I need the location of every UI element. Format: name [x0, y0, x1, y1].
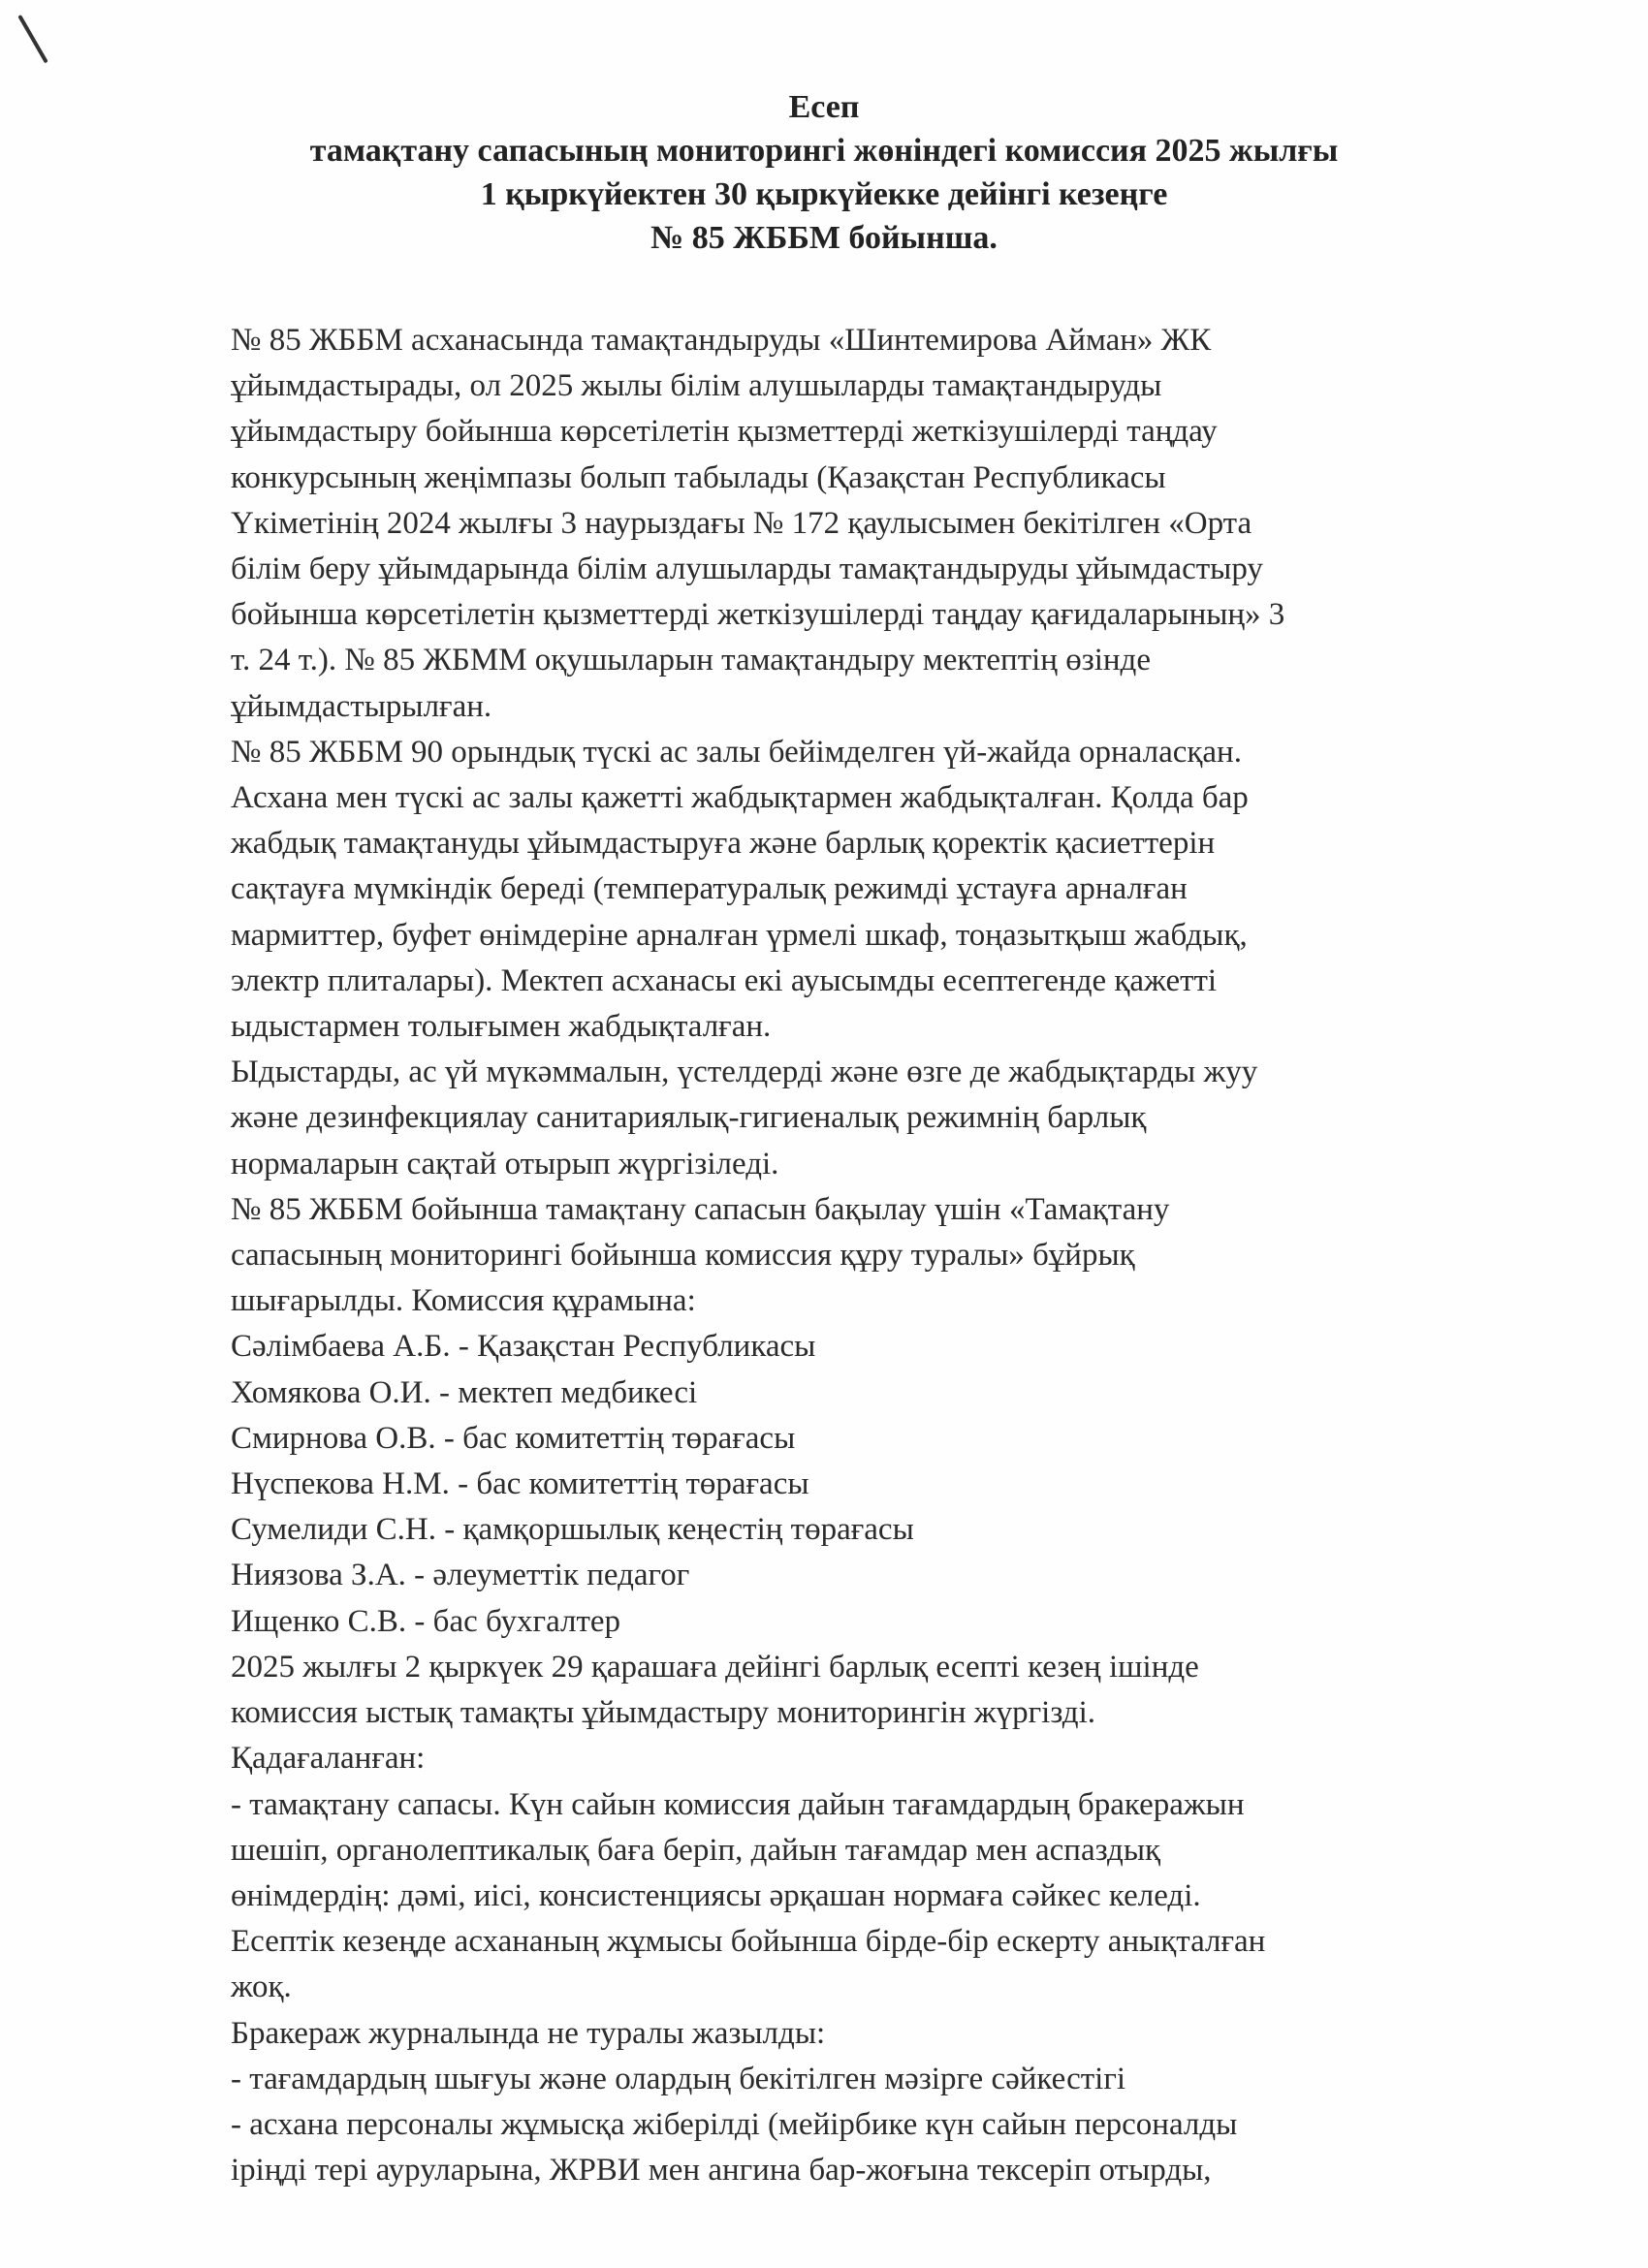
body-line: конкурсының жеңімпазы болып табылады (Қа…	[231, 456, 1510, 501]
pen-mark	[17, 15, 48, 63]
body-line: № 85 ЖББМ бойынша тамақтану сапасын бақы…	[231, 1187, 1510, 1233]
body-line: - асхана персоналы жұмысқа жіберілді (ме…	[231, 2102, 1510, 2148]
body-line: және дезинфекциялау санитариялық-гигиена…	[231, 1095, 1510, 1141]
body-line: - тағамдардың шығуы және олардың бекітіл…	[231, 2057, 1510, 2102]
body-line: Қадағаланған:	[231, 1736, 1510, 1781]
body-line: Ыдыстарды, ас үй мүкәммалын, үстелдерді …	[231, 1050, 1510, 1095]
body-line: - тамақтану сапасы. Күн сайын комиссия д…	[231, 1782, 1510, 1828]
body-line: Асхана мен түскі ас залы қажетті жабдықт…	[231, 775, 1510, 821]
body-line: жабдық тамақтануды ұйымдастыруға және ба…	[231, 821, 1510, 866]
body-line: өнімдердің: дәмі, иісі, консистенциясы ә…	[231, 1874, 1510, 1919]
commission-member: Сумелиди С.Н. - қамқоршылық кеңестің төр…	[231, 1507, 1510, 1553]
document-title: Есеп тамақтану сапасының мониторингі жөн…	[194, 85, 1454, 260]
body-line: ұйымдастырылған.	[231, 684, 1510, 730]
body-line: 2025 жылғы 2 қыркүек 29 қарашаға дейінгі…	[231, 1645, 1510, 1690]
body-line: жоқ.	[231, 1965, 1510, 2010]
commission-member: Ищенко С.В. - бас бухгалтер	[231, 1599, 1510, 1645]
body-line: т. 24 т.). № 85 ЖБММ оқушыларын тамақтан…	[231, 638, 1510, 683]
scanned-page: Есеп тамақтану сапасының мониторингі жөн…	[0, 0, 1648, 2268]
body-line: сақтауға мүмкіндік береді (температуралы…	[231, 866, 1510, 912]
document-body: № 85 ЖББМ асханасында тамақтандыруды «Ши…	[231, 318, 1510, 2193]
body-line: ұйымдастырады, ол 2025 жылы білім алушыл…	[231, 363, 1510, 409]
body-line: шешіп, органолептикалық баға беріп, дайы…	[231, 1828, 1510, 1874]
body-line: сапасының мониторингі бойынша комиссия қ…	[231, 1233, 1510, 1278]
body-line: электр плиталары). Мектеп асханасы екі а…	[231, 959, 1510, 1004]
body-line: ұйымдастыру бойынша көрсетілетін қызметт…	[231, 409, 1510, 455]
body-line: іріңді тері ауруларына, ЖРВИ мен ангина …	[231, 2148, 1510, 2193]
commission-member: Нүспекова Н.М. - бас комитеттің төрағасы	[231, 1462, 1510, 1507]
commission-member: Сәлімбаева А.Б. - Қазақстан Республикасы	[231, 1324, 1510, 1370]
commission-member: Смирнова О.В. - бас комитеттің төрағасы	[231, 1416, 1510, 1462]
body-line: Бракераж журналында не туралы жазылды:	[231, 2011, 1510, 2057]
title-line: 1 қыркүйектен 30 қыркүйекке дейінгі кезе…	[194, 173, 1454, 216]
title-line: Есеп	[194, 85, 1454, 129]
body-line: № 85 ЖББМ 90 орындық түскі ас залы бейім…	[231, 730, 1510, 775]
body-line: комиссия ыстық тамақты ұйымдастыру монит…	[231, 1690, 1510, 1736]
title-line: тамақтану сапасының мониторингі жөніндег…	[194, 129, 1454, 173]
body-line: білім беру ұйымдарында білім алушыларды …	[231, 547, 1510, 592]
body-line: нормаларын сақтай отырып жүргізіледі.	[231, 1142, 1510, 1187]
commission-member: Ниязова З.А. - әлеуметтік педагог	[231, 1553, 1510, 1598]
commission-member: Хомякова О.И. - мектеп медбикесі	[231, 1370, 1510, 1416]
body-line: № 85 ЖББМ асханасында тамақтандыруды «Ши…	[231, 318, 1510, 363]
body-line: мармиттер, буфет өнімдеріне арналған үрм…	[231, 913, 1510, 959]
title-line: № 85 ЖББМ бойынша.	[194, 216, 1454, 260]
body-line: Есептік кезеңде асхананың жұмысы бойынша…	[231, 1919, 1510, 1965]
body-line: Үкіметінің 2024 жылғы 3 наурыздағы № 172…	[231, 501, 1510, 547]
body-line: шығарылды. Комиссия құрамына:	[231, 1278, 1510, 1324]
body-line: ыдыстармен толығымен жабдықталған.	[231, 1004, 1510, 1050]
body-line: бойынша көрсетілетін қызметтерді жеткізу…	[231, 592, 1510, 638]
